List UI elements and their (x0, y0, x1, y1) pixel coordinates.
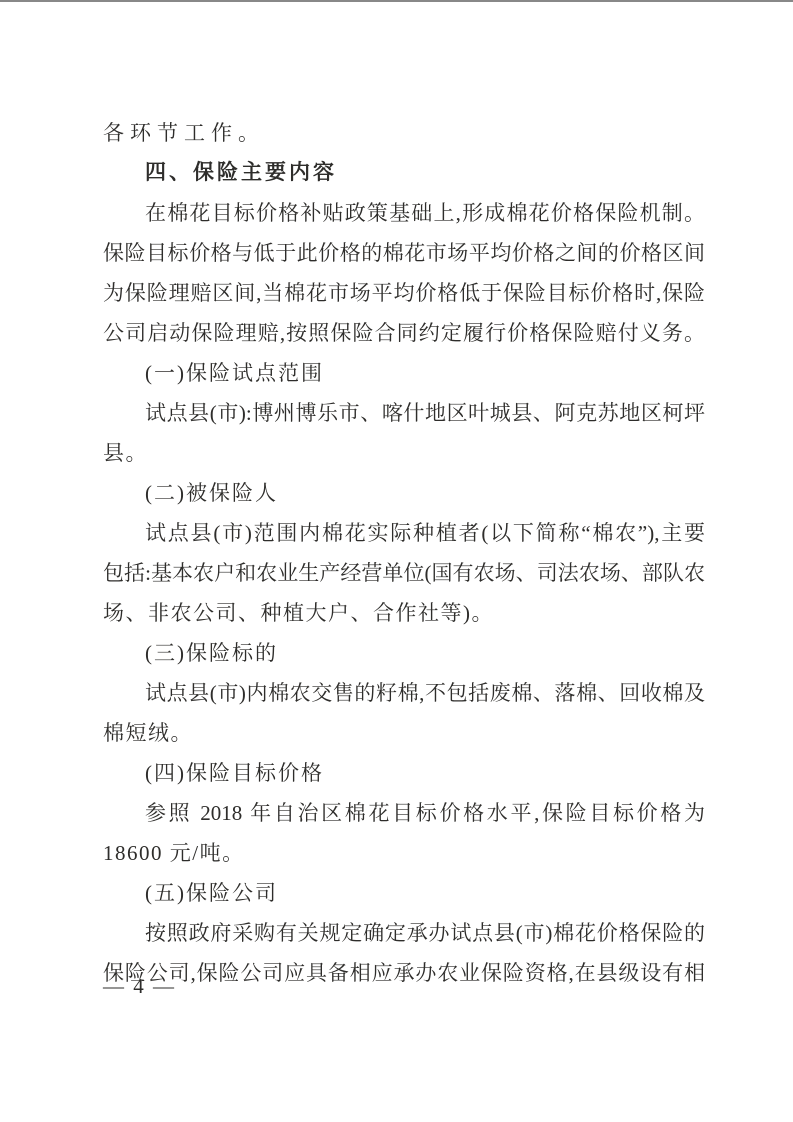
page-number: — 4 — (103, 976, 176, 997)
subheading-1: (一)保险试点范围 (103, 353, 705, 393)
body-line: 保险公司,保险公司应具备相应承办农业保险资格,在县级设有相 (103, 953, 705, 993)
subheading-2: (二)被保险人 (103, 473, 705, 513)
body-line: 场、非农公司、种植大户、合作社等)。 (103, 593, 705, 633)
body-line: 18600 元/吨。 (103, 833, 705, 873)
subheading-4: (四)保险目标价格 (103, 753, 705, 793)
body-line: 包括:基本农户和农业生产经营单位(国有农场、司法农场、部队农 (103, 553, 705, 593)
body-line: 县。 (103, 433, 705, 473)
body-line: 试点县(市)范围内棉花实际种植者(以下简称“棉农”),主要 (103, 513, 705, 553)
body-line: 试点县(市)内棉农交售的籽棉,不包括废棉、落棉、回收棉及 (103, 673, 705, 713)
body-line: 为保险理赔区间,当棉花市场平均价格低于保险目标价格时,保险 (103, 273, 705, 313)
subheading-3: (三)保险标的 (103, 633, 705, 673)
body-line: 保险目标价格与低于此价格的棉花市场平均价格之间的价格区间 (103, 233, 705, 273)
body-line: 棉短绒。 (103, 713, 705, 753)
scan-edge-line (0, 0, 793, 2)
body-line: 各环节工作。 (103, 113, 705, 153)
body-line: 试点县(市):博州博乐市、喀什地区叶城县、阿克苏地区柯坪 (103, 393, 705, 433)
body-line: 在棉花目标价格补贴政策基础上,形成棉花价格保险机制。 (103, 193, 705, 233)
body-line: 参照 2018 年自治区棉花目标价格水平,保险目标价格为 (103, 793, 705, 833)
body-line: 公司启动保险理赔,按照保险合同约定履行价格保险赔付义务。 (103, 313, 705, 353)
subheading-5: (五)保险公司 (103, 873, 705, 913)
document-body: 各环节工作。 四、保险主要内容 在棉花目标价格补贴政策基础上,形成棉花价格保险机… (103, 113, 705, 993)
body-line: 按照政府采购有关规定确定承办试点县(市)棉花价格保险的 (103, 913, 705, 953)
heading-main: 四、保险主要内容 (103, 153, 705, 193)
document-page: 各环节工作。 四、保险主要内容 在棉花目标价格补贴政策基础上,形成棉花价格保险机… (0, 0, 793, 1122)
